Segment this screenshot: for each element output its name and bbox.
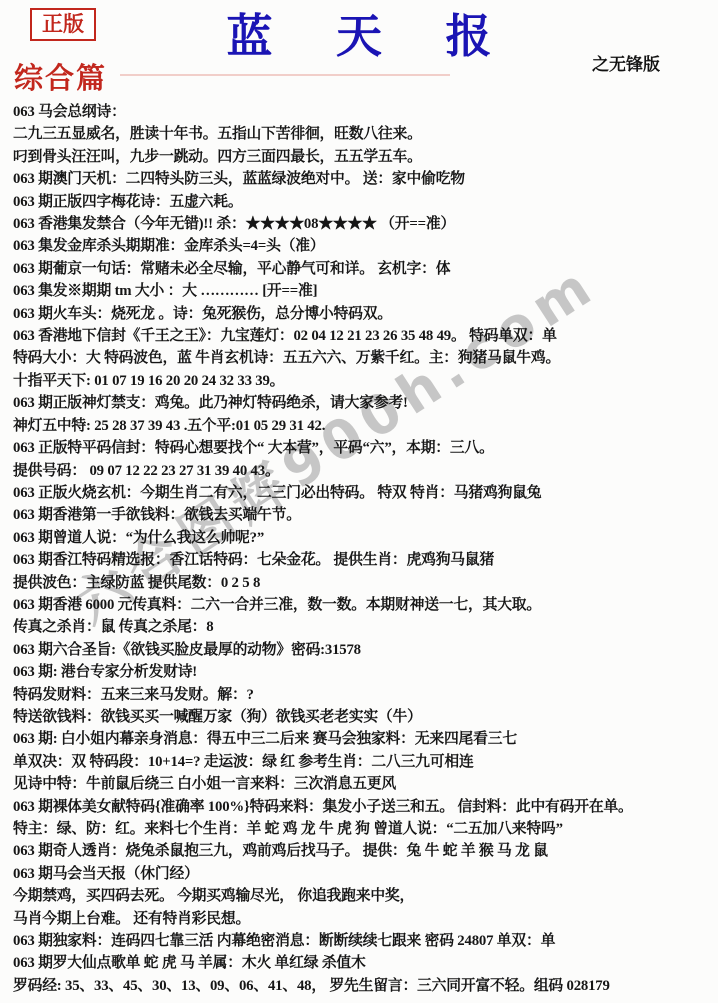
text-line: 063 期独家料：连码四七靠三活 内幕绝密消息：断断续续七跟来 密码 24807… <box>13 930 714 952</box>
section-divider <box>120 74 450 76</box>
text-line: 罗码经: 35、33、45、30、13、09、06、41、48， 罗先生留言：三… <box>13 975 714 997</box>
text-line: 特码发财料：五来三来马发财。解：? <box>13 684 714 706</box>
text-line: 提供号码： 09 07 12 22 23 27 31 39 40 43。 <box>13 460 714 482</box>
tips-text-block: 063 马会总纲诗： 二九三五显威名，胜读十年书。五指山下苦徘徊，旺数八往来。 … <box>13 101 714 997</box>
text-line: 063 集发※期期 tm 大小 ：大 ………… [开==准] <box>13 280 714 302</box>
text-line: 063 期马会当天报（休门经） <box>13 863 714 885</box>
text-line: 特码大小：大 特码波色，蓝 牛肖玄机诗：五五六六、万紫千红。主：狗猪马鼠牛鸡。 <box>13 347 714 369</box>
text-line: 063 期: 港台专家分析发财诗! <box>13 661 714 683</box>
text-line: 063 期正版四字梅花诗：五虚六耗。 <box>13 191 714 213</box>
text-line: 063 期正版神灯禁支：鸡兔。此乃神灯特码绝杀，请大家参考! <box>13 392 714 414</box>
text-line: 今期禁鸡，买四码去死。 今期买鸡输尽光， 你追我跑来中奖， <box>13 885 714 907</box>
text-line: 见诗中特：牛前鼠后绕三 白小姐一言来料：三次消息五更风 <box>13 773 714 795</box>
section-heading: 综合篇 <box>14 56 107 97</box>
text-line: 叼到骨头汪汪叫，九步一跳动。四方三面四最长，五五学五车。 <box>13 146 714 168</box>
text-line: 神灯五中特: 25 28 37 39 43 .五个平:01 05 29 31 4… <box>13 415 714 437</box>
text-line: 063 期香港 6000 元传真料：二六一合并三准，数一数。本期财神送一七，其大… <box>13 594 714 616</box>
edition-label: 之无锋版 <box>592 50 660 75</box>
text-line: 063 正版特平码信封：特码心想要找个“ 大本营”，平码“六”，本期：三八。 <box>13 437 714 459</box>
text-line: 提供波色：主绿防蓝 提供尾数：0 2 5 8 <box>13 572 714 594</box>
text-line: 063 正版火烧玄机：今期生肖二有六，二三门必出特码。 特双 特肖：马猪鸡狗鼠兔 <box>13 482 714 504</box>
text-line: 063 期: 白小姐内幕亲身消息：得五中三二后来 赛马会独家料：无来四尾看三七 <box>13 728 714 750</box>
text-line: 063 期六合圣旨:《欲钱买脸皮最厚的动物》密码:31578 <box>13 639 714 661</box>
newspaper-page: 正版 蓝 天 报 之无锋版 综合篇 六合图辉900h.com 063 马会总纲诗… <box>0 0 718 1003</box>
text-line: 063 香港集发禁合（今年无错)!! 杀：★★★★08★★★★ （开==准） <box>13 213 714 235</box>
text-line: 063 期裸体美女献特码{准确率 100%}特码来料：集发小子送三和五。 信封料… <box>13 796 714 818</box>
text-line: 063 香港地下信封《千王之王》：九宝莲灯：02 04 12 21 23 26 … <box>13 325 714 347</box>
text-line: 特送欲钱料：欲钱买买一喊醒万家（狗）欲钱买老老实实（牛） <box>13 706 714 728</box>
text-line: 单双决：双 特码段：10+14=? 走运波：绿 红 参考生肖：二八三九可相连 <box>13 751 714 773</box>
text-line: 063 期澳门天机：二四特头防三头，蓝蓝绿波绝对中。 送：家中偷吃物 <box>13 168 714 190</box>
text-line: 063 期葡京一句话：常赌未必全尽输，平心静气可和详。 玄机字：体 <box>13 258 714 280</box>
text-line: 063 马会总纲诗： <box>13 101 714 123</box>
text-line: 特主：绿、防：红。来料七个生肖：羊 蛇 鸡 龙 牛 虎 狗 曾道人说：“二五加八… <box>13 818 714 840</box>
text-line: 马肖今期上台难。 还有特肖彩民想。 <box>13 908 714 930</box>
text-line: 063 期奇人透肖：烧兔杀鼠抱三九，鸡前鸡后找马子。 提供：兔 牛 蛇 羊 猴 … <box>13 840 714 862</box>
text-line: 063 期香港第一手欲钱料：欲钱去买端午节。 <box>13 504 714 526</box>
text-line: 063 期香江特码精选报：香江话特码：七朵金花。 提供生肖：虎鸡狗马鼠猪 <box>13 549 714 571</box>
text-line: 二九三五显威名，胜读十年书。五指山下苦徘徊，旺数八往来。 <box>13 123 714 145</box>
text-line: 063 期曾道人说：“为什么我这么帅呢?” <box>13 527 714 549</box>
text-line: 十指平天下: 01 07 19 16 20 20 24 32 33 39。 <box>13 370 714 392</box>
text-line: 063 期罗大仙点歌单 蛇 虎 马 羊属：木火 单红绿 杀值木 <box>13 952 714 974</box>
text-line: 063 期火车头：烧死龙 。诗：兔死猴伤，总分博小特码双。 <box>13 303 714 325</box>
text-line: 传真之杀肖：鼠 传真之杀尾：8 <box>13 616 714 638</box>
text-line: 063 集发金库杀头期期准：金库杀头=4=头（准） <box>13 235 714 257</box>
